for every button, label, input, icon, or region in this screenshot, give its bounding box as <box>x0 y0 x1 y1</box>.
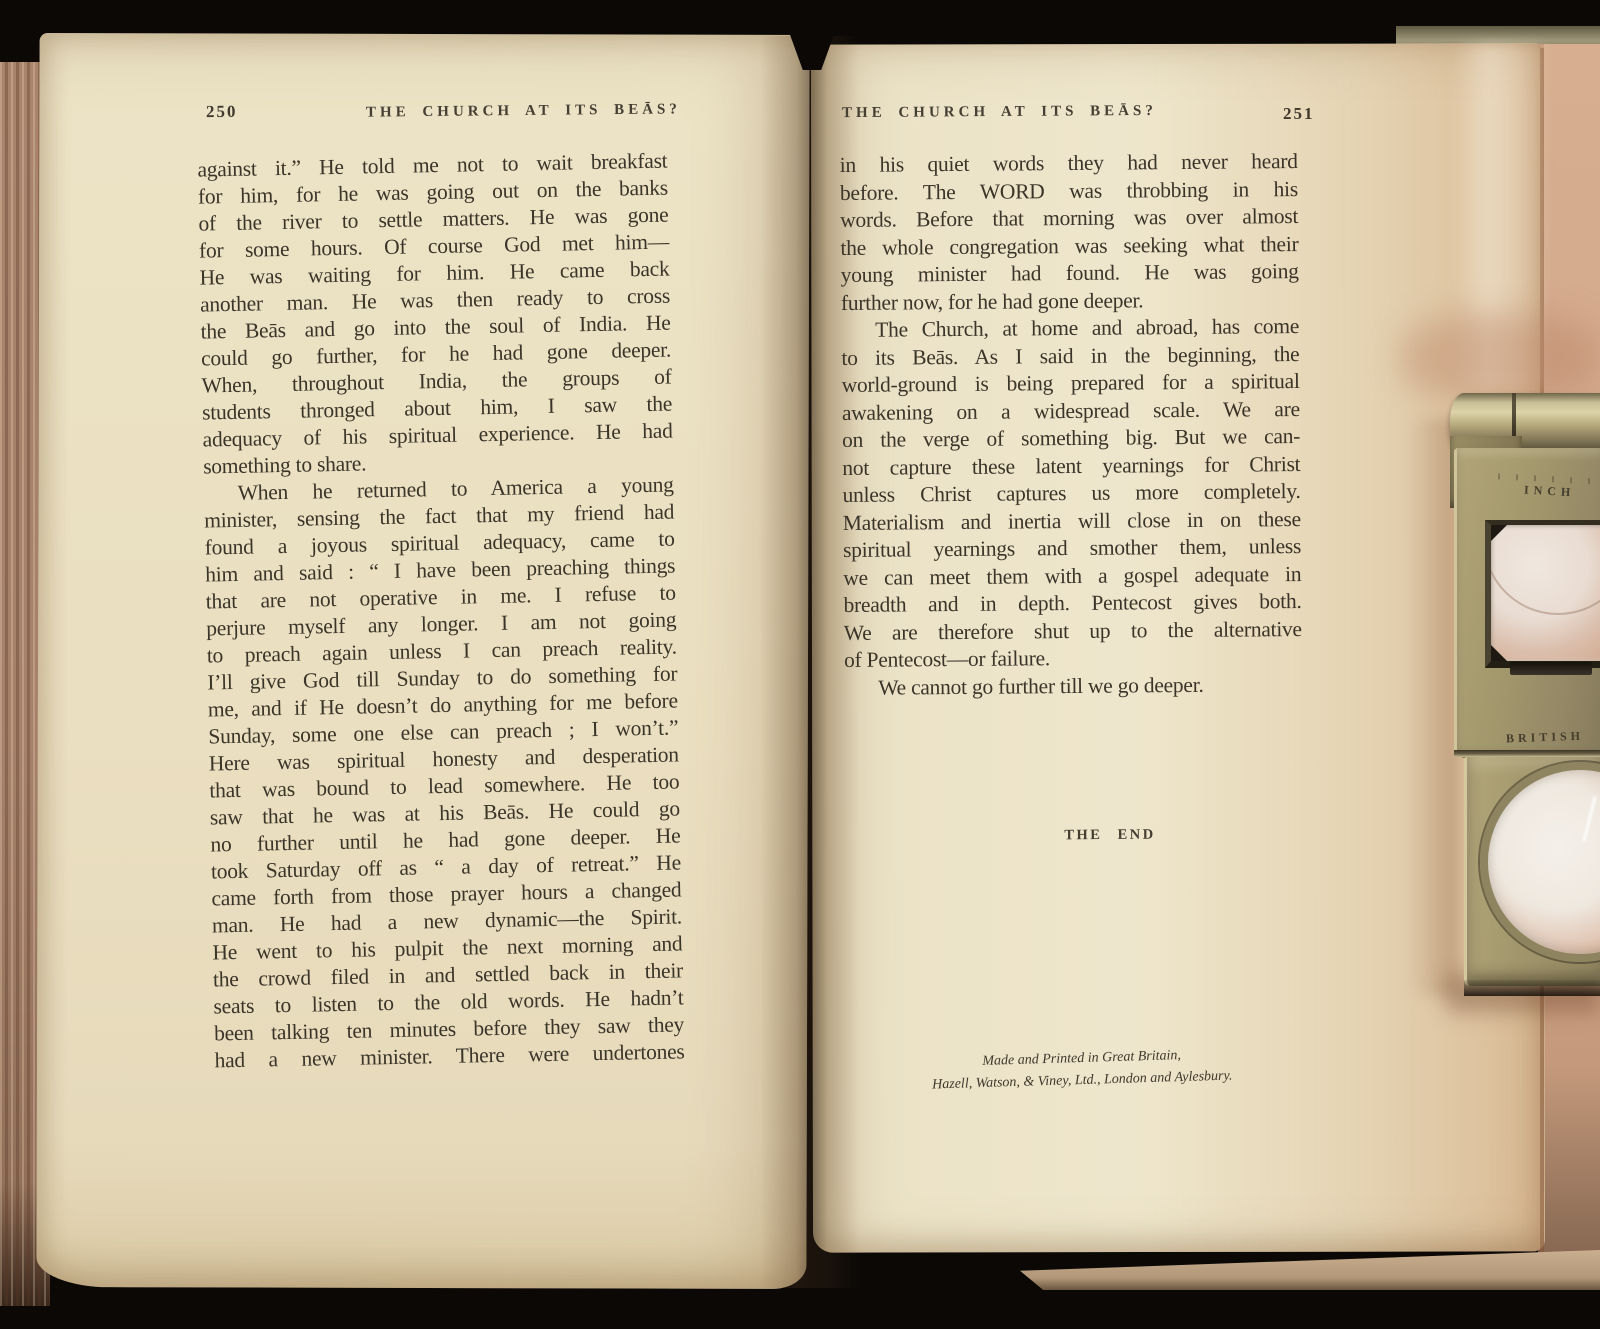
open-book-photo: 250 THE CHURCH AT ITS BEĀS? against it.”… <box>0 0 1600 1329</box>
loupe-inch-engraving: INCH <box>1524 483 1576 501</box>
right-page-body: in his quiet words they had never heardb… <box>840 148 1303 702</box>
loupe-slot <box>1510 662 1592 675</box>
loupe-square-aperture <box>1485 520 1600 668</box>
paragraph: The Church, at home and abroad, has come… <box>841 313 1302 674</box>
left-running-title: THE CHURCH AT ITS BEĀS? <box>366 101 681 121</box>
text-line: on the verge of something big. But we ca… <box>842 423 1300 454</box>
text-line: before. The WORD was throbbing in his <box>840 176 1298 207</box>
text-line: The Church, at home and abroad, has come <box>841 313 1299 344</box>
text-line: breadth and in depth. Pentecost gives bo… <box>843 588 1301 619</box>
text-line: in his quiet words they had never heard <box>840 148 1298 179</box>
brass-magnifier-loupe: INCH BRITISH <box>1440 388 1600 1000</box>
text-line: awakening on a widespread scale. We are <box>842 396 1300 427</box>
text-line: young minister had found. He was going <box>841 258 1299 289</box>
text-line: not capture these latent yearnings for C… <box>842 451 1300 482</box>
paragraph: We cannot go further till we go deeper. <box>844 670 1302 701</box>
left-page-body: against it.” He told me not to wait brea… <box>197 148 685 1075</box>
paragraph: against it.” He told me not to wait brea… <box>197 148 673 481</box>
text-line: We cannot go further till we go deeper. <box>844 670 1302 701</box>
text-line: words. Before that morning was over almo… <box>840 203 1298 234</box>
paragraph: in his quiet words they had never heardb… <box>840 148 1299 317</box>
loupe-british-engraving: BRITISH <box>1506 729 1585 747</box>
paragraph: When he returned to America a youngminis… <box>203 472 684 1075</box>
text-line: the whole congregation was seeking what … <box>840 231 1298 262</box>
loupe-plate-seam <box>1454 750 1600 757</box>
text-line: of Pentecost—or failure. <box>844 643 1302 674</box>
text-line: world-ground is being prepared for a spi… <box>842 368 1300 399</box>
text-line: further now, for he had gone deeper. <box>841 286 1299 317</box>
book-cover-bottom-edge <box>1020 1250 1600 1290</box>
text-line: We are therefore shut up to the alternat… <box>844 615 1302 646</box>
text-line: Materialism and inertia will close in on… <box>843 505 1301 536</box>
right-running-title: THE CHURCH AT ITS BEĀS? <box>842 103 1157 122</box>
lens-glint-highlight <box>1582 796 1596 841</box>
text-line: we can meet them with a gospel adequate … <box>843 560 1301 591</box>
left-page-number: 250 <box>206 102 238 122</box>
loupe-bottom-shade <box>1464 980 1600 996</box>
the-end-marker: THE END <box>1000 826 1220 845</box>
text-line: spiritual yearnings and smother them, un… <box>843 533 1301 564</box>
right-page-number: 251 <box>1283 104 1315 124</box>
text-line: to its Beās. As I said in the beginning,… <box>841 341 1299 372</box>
text-line: unless Christ captures us more completel… <box>842 478 1300 509</box>
